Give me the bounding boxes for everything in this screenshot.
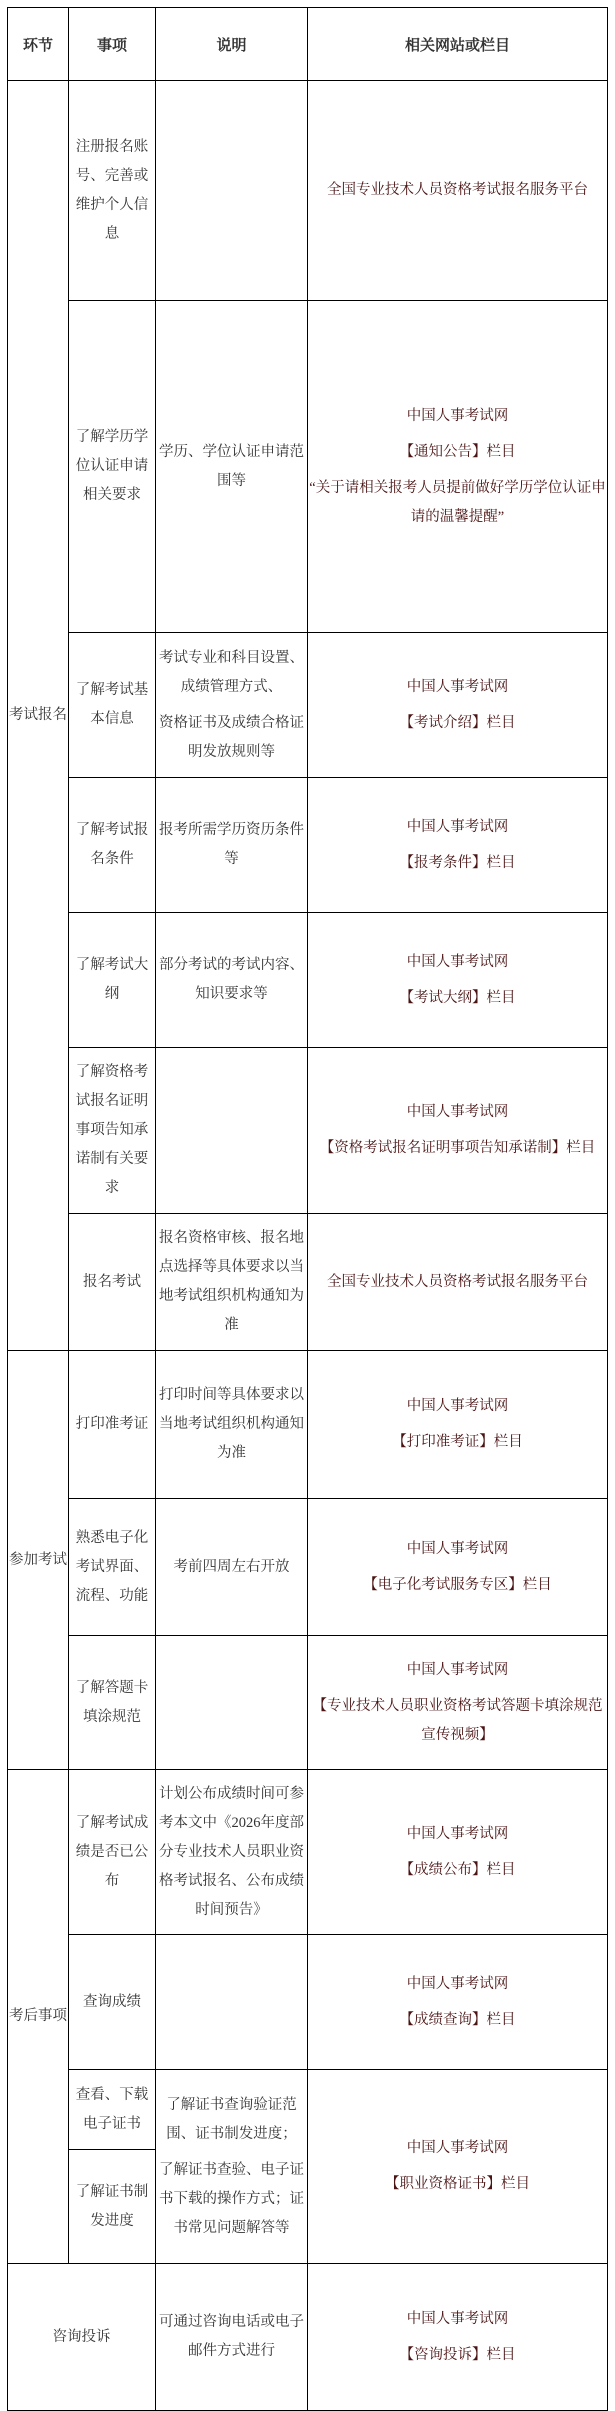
site-text: 【咨询投诉】栏目: [308, 2341, 607, 2370]
site-text: 中国人事考试网: [308, 402, 607, 431]
site-cell: 中国人事考试网【专业技术人员职业资格考试答题卡填涂规范宣传视频】: [308, 1636, 608, 1770]
desc-text: 资格证书及成绩合格证明发放规则等: [156, 709, 307, 767]
desc-text: 部分考试的考试内容、知识要求等: [156, 951, 307, 1009]
site-text: 【考试大纲】栏目: [308, 984, 607, 1013]
column-header-site: 相关网站或栏目: [308, 8, 608, 81]
site-text: 【考试介绍】栏目: [308, 709, 607, 738]
item-cell: 了解考试大纲: [69, 913, 156, 1048]
item-text: 查看、下载电子证书: [69, 2081, 155, 2139]
site-cell: 中国人事考试网【资格考试报名证明事项告知承诺制】栏目: [308, 1048, 608, 1214]
table-row: 了解考试大纲部分考试的考试内容、知识要求等中国人事考试网【考试大纲】栏目: [8, 913, 608, 1048]
site-text: 全国专业技术人员资格考试报名服务平台: [308, 176, 607, 205]
desc-text: 报考所需学历资历条件等: [156, 816, 307, 874]
item-cell: 了解答题卡填涂规范: [69, 1636, 156, 1770]
table-row: 参加考试打印准考证打印时间等具体要求以当地考试组织机构通知为准中国人事考试网【打…: [8, 1351, 608, 1499]
table-row: 了解考试基本信息考试专业和科目设置、成绩管理方式、资格证书及成绩合格证明发放规则…: [8, 633, 608, 778]
item-cell: 查询成绩: [69, 1935, 156, 2070]
table-row: 咨询投诉可通过咨询电话或电子邮件方式进行中国人事考试网【咨询投诉】栏目: [8, 2264, 608, 2411]
desc-cell: [156, 1636, 308, 1770]
desc-cell: 可通过咨询电话或电子邮件方式进行: [156, 2264, 308, 2411]
desc-cell: 打印时间等具体要求以当地考试组织机构通知为准: [156, 1351, 308, 1499]
item-cell: 熟悉电子化考试界面、流程、功能: [69, 1499, 156, 1636]
site-text: 【通知公告】栏目: [308, 438, 607, 467]
desc-text: 报名资格审核、报名地点选择等具体要求以当地考试组织机构通知为准: [156, 1224, 307, 1340]
site-text: 中国人事考试网: [308, 1820, 607, 1849]
item-text: 了解考试报名条件: [69, 816, 155, 874]
item-text: 了解答题卡填涂规范: [69, 1674, 155, 1732]
table-row: 考后事项了解考试成绩是否已公布计划公布成绩时间可参考本文中《2026年度部分专业…: [8, 1770, 608, 1935]
site-text: 【成绩公布】栏目: [308, 1856, 607, 1885]
stage-cell: 考后事项: [8, 1770, 69, 2264]
process-table-body: 考试报名注册报名账号、完善或维护个人信息全国专业技术人员资格考试报名服务平台了解…: [8, 81, 608, 2411]
process-table: 环节 事项 说明 相关网站或栏目 考试报名注册报名账号、完善或维护个人信息全国专…: [7, 7, 608, 2411]
site-text: 【专业技术人员职业资格考试答题卡填涂规范宣传视频】: [308, 1692, 607, 1750]
site-text: 全国专业技术人员资格考试报名服务平台: [308, 1268, 607, 1297]
stage-text: 考试报名: [8, 701, 68, 730]
desc-cell: 部分考试的考试内容、知识要求等: [156, 913, 308, 1048]
site-text: 【电子化考试服务专区】栏目: [308, 1571, 607, 1600]
desc-text: 计划公布成绩时间可参考本文中《2026年度部分专业技术人员职业资格考试报名、公布…: [156, 1780, 307, 1925]
item-text: 查询成绩: [69, 1988, 155, 2017]
site-text: 中国人事考试网: [308, 673, 607, 702]
desc-text: 可通过咨询电话或电子邮件方式进行: [156, 2308, 307, 2366]
item-text: 打印准考证: [69, 1410, 155, 1439]
item-text: 了解证书制发进度: [69, 2178, 155, 2236]
table-row: 了解学历学位认证申请相关要求学历、学位认证申请范围等中国人事考试网【通知公告】栏…: [8, 301, 608, 633]
table-row: 查看、下载电子证书了解证书查询验证范围、证书制发进度；了解证书查验、电子证书下载…: [8, 2070, 608, 2150]
desc-cell: 学历、学位认证申请范围等: [156, 301, 308, 633]
site-text: 中国人事考试网: [308, 1656, 607, 1685]
item-cell: 了解资格考试报名证明事项告知承诺制有关要求: [69, 1048, 156, 1214]
desc-cell: 考前四周左右开放: [156, 1499, 308, 1636]
desc-text: 考前四周左右开放: [156, 1553, 307, 1582]
item-cell: 查看、下载电子证书: [69, 2070, 156, 2150]
item-cell: 了解考试报名条件: [69, 778, 156, 913]
table-row: 报名考试报名资格审核、报名地点选择等具体要求以当地考试组织机构通知为准全国专业技…: [8, 1214, 608, 1351]
item-cell: 注册报名账号、完善或维护个人信息: [69, 81, 156, 301]
item-text: 了解考试基本信息: [69, 676, 155, 734]
site-text: 中国人事考试网: [308, 1098, 607, 1127]
site-text: 中国人事考试网: [308, 2305, 607, 2334]
site-text: 【成绩查询】栏目: [308, 2006, 607, 2035]
desc-text: 考试专业和科目设置、成绩管理方式、: [156, 644, 307, 702]
site-text: 【打印准考证】栏目: [308, 1428, 607, 1457]
site-text: 【资格考试报名证明事项告知承诺制】栏目: [308, 1134, 607, 1163]
desc-text: 了解证书查询验证范围、证书制发进度；: [156, 2091, 307, 2149]
column-header-desc: 说明: [156, 8, 308, 81]
desc-cell: 报考所需学历资历条件等: [156, 778, 308, 913]
site-cell: 中国人事考试网【电子化考试服务专区】栏目: [308, 1499, 608, 1636]
site-cell: 中国人事考试网【考试介绍】栏目: [308, 633, 608, 778]
site-text: 中国人事考试网: [308, 1970, 607, 1999]
site-cell: 中国人事考试网【咨询投诉】栏目: [308, 2264, 608, 2411]
item-cell: 了解学历学位认证申请相关要求: [69, 301, 156, 633]
item-cell: 了解考试成绩是否已公布: [69, 1770, 156, 1935]
desc-cell: 考试专业和科目设置、成绩管理方式、资格证书及成绩合格证明发放规则等: [156, 633, 308, 778]
table-row: 了解考试报名条件报考所需学历资历条件等中国人事考试网【报考条件】栏目: [8, 778, 608, 913]
site-text: 中国人事考试网: [308, 813, 607, 842]
site-cell: 中国人事考试网【成绩公布】栏目: [308, 1770, 608, 1935]
desc-cell: [156, 1935, 308, 2070]
site-cell: 中国人事考试网【考试大纲】栏目: [308, 913, 608, 1048]
item-text: 咨询投诉: [8, 2323, 155, 2352]
site-cell: 全国专业技术人员资格考试报名服务平台: [308, 1214, 608, 1351]
item-cell: 报名考试: [69, 1214, 156, 1351]
item-cell: 打印准考证: [69, 1351, 156, 1499]
item-text: 报名考试: [69, 1268, 155, 1297]
item-cell: 咨询投诉: [8, 2264, 156, 2411]
desc-text: 打印时间等具体要求以当地考试组织机构通知为准: [156, 1381, 307, 1468]
site-text: 【报考条件】栏目: [308, 849, 607, 878]
stage-text: 考后事项: [8, 2002, 68, 2031]
site-cell: 中国人事考试网【成绩查询】栏目: [308, 1935, 608, 2070]
desc-text: 学历、学位认证申请范围等: [156, 438, 307, 496]
stage-cell: 参加考试: [8, 1351, 69, 1770]
column-header-stage: 环节: [8, 8, 69, 81]
item-text: 了解学历学位认证申请相关要求: [69, 423, 155, 510]
table-row: 考试报名注册报名账号、完善或维护个人信息全国专业技术人员资格考试报名服务平台: [8, 81, 608, 301]
site-cell: 中国人事考试网【通知公告】栏目“关于请相关报考人员提前做好学历学位认证申请的温馨…: [308, 301, 608, 633]
stage-cell: 考试报名: [8, 81, 69, 1351]
site-text: “关于请相关报考人员提前做好学历学位认证申请的温馨提醒”: [308, 474, 607, 532]
table-row: 查询成绩中国人事考试网【成绩查询】栏目: [8, 1935, 608, 2070]
site-text: 中国人事考试网: [308, 1535, 607, 1564]
header-row: 环节 事项 说明 相关网站或栏目: [8, 8, 608, 81]
item-text: 熟悉电子化考试界面、流程、功能: [69, 1524, 155, 1611]
item-cell: 了解考试基本信息: [69, 633, 156, 778]
item-text: 注册报名账号、完善或维护个人信息: [69, 133, 155, 249]
table-row: 了解答题卡填涂规范中国人事考试网【专业技术人员职业资格考试答题卡填涂规范宣传视频…: [8, 1636, 608, 1770]
site-text: 中国人事考试网: [308, 2134, 607, 2163]
site-cell: 中国人事考试网【报考条件】栏目: [308, 778, 608, 913]
desc-cell: [156, 1048, 308, 1214]
site-cell: 中国人事考试网【打印准考证】栏目: [308, 1351, 608, 1499]
site-text: 中国人事考试网: [308, 1392, 607, 1421]
table-row: 了解资格考试报名证明事项告知承诺制有关要求中国人事考试网【资格考试报名证明事项告…: [8, 1048, 608, 1214]
stage-text: 参加考试: [8, 1546, 68, 1575]
desc-cell: 了解证书查询验证范围、证书制发进度；了解证书查验、电子证书下载的操作方式；证书常…: [156, 2070, 308, 2264]
site-text: 中国人事考试网: [308, 948, 607, 977]
desc-cell: 报名资格审核、报名地点选择等具体要求以当地考试组织机构通知为准: [156, 1214, 308, 1351]
desc-text: 了解证书查验、电子证书下载的操作方式；证书常见问题解答等: [156, 2156, 307, 2243]
site-text: 【职业资格证书】栏目: [308, 2170, 607, 2199]
item-text: 了解考试成绩是否已公布: [69, 1809, 155, 1896]
table-row: 熟悉电子化考试界面、流程、功能考前四周左右开放中国人事考试网【电子化考试服务专区…: [8, 1499, 608, 1636]
column-header-item: 事项: [69, 8, 156, 81]
desc-cell: [156, 81, 308, 301]
site-cell: 中国人事考试网【职业资格证书】栏目: [308, 2070, 608, 2264]
site-cell: 全国专业技术人员资格考试报名服务平台: [308, 81, 608, 301]
desc-cell: 计划公布成绩时间可参考本文中《2026年度部分专业技术人员职业资格考试报名、公布…: [156, 1770, 308, 1935]
item-text: 了解资格考试报名证明事项告知承诺制有关要求: [69, 1058, 155, 1203]
item-cell: 了解证书制发进度: [69, 2150, 156, 2264]
item-text: 了解考试大纲: [69, 951, 155, 1009]
